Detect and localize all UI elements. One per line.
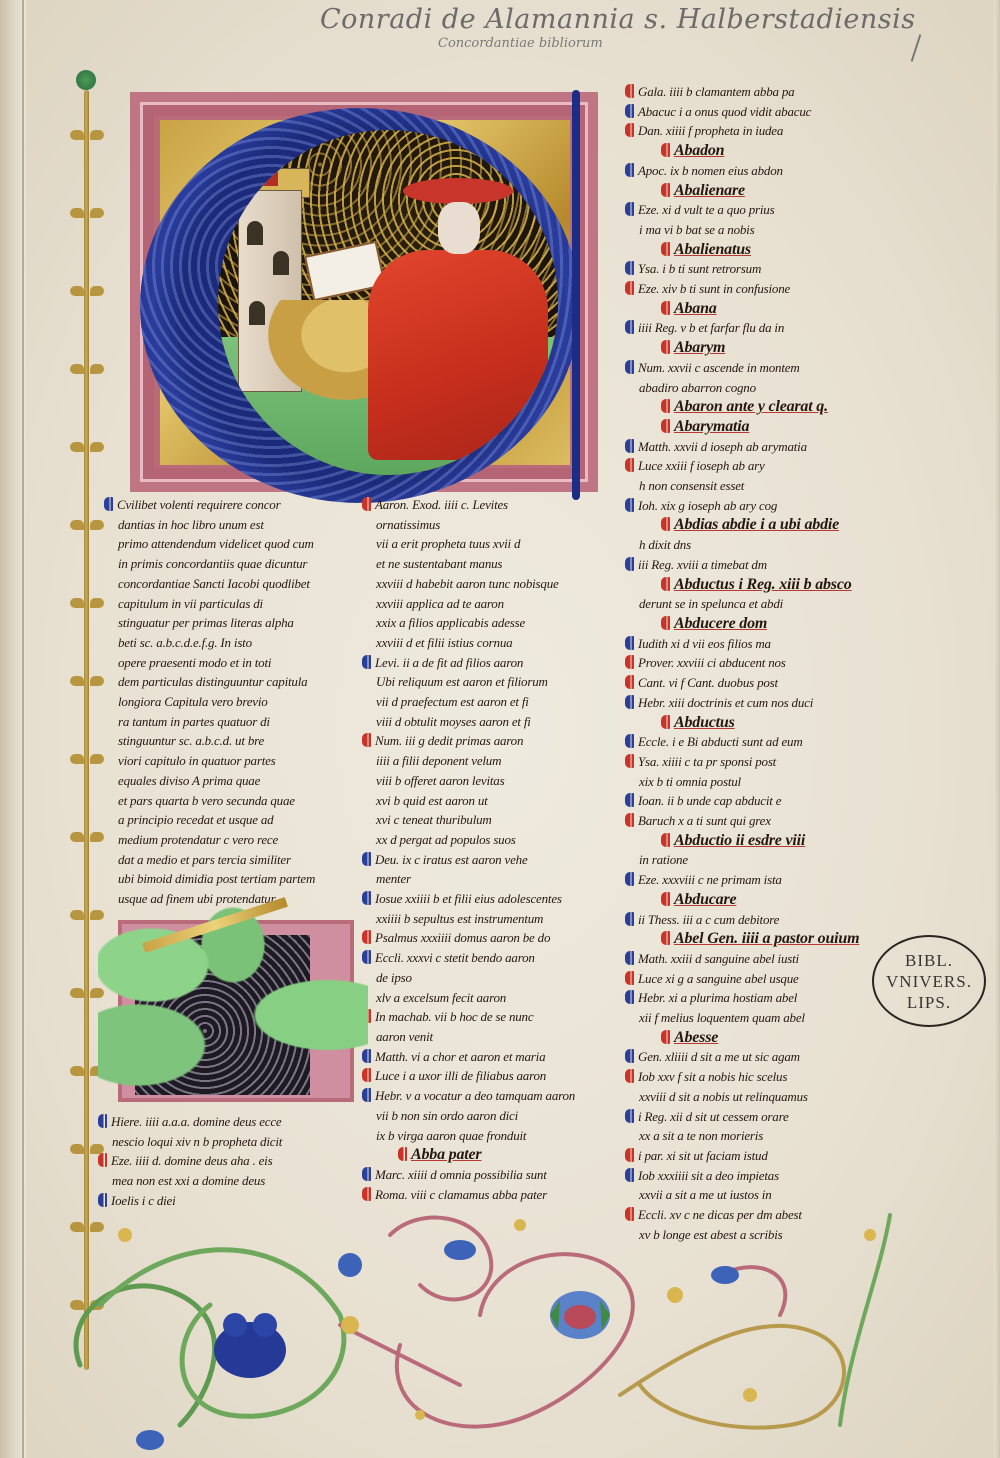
line-text: vii b non sin ordo aaron dici bbox=[376, 1108, 518, 1123]
line-text: Cant. vi f Cant. duobus post bbox=[638, 675, 778, 690]
initial2-filigree-ground bbox=[135, 935, 310, 1095]
line-text: xxviii applica ad te aaron bbox=[376, 596, 504, 611]
text-line: Iob xxv f sit a nobis hic scelus bbox=[625, 1067, 895, 1087]
line-text: xix b ti omnia postul bbox=[639, 774, 741, 789]
line-text: Abalienare bbox=[674, 182, 745, 199]
paragraph-mark-icon bbox=[661, 715, 670, 729]
line-text: Hebr. v a vocatur a deo tamquam aaron bbox=[375, 1088, 575, 1103]
text-line: menter bbox=[362, 869, 612, 889]
text-line: derunt se in spelunca et abdi bbox=[625, 594, 895, 614]
text-column-left: Cvilibet volenti requirere concordantias… bbox=[104, 495, 354, 909]
line-text: de ipso bbox=[376, 970, 412, 985]
line-text: Marc. xiiii d omnia possibilia sunt bbox=[375, 1167, 547, 1182]
stamp-line-3: LIPS. bbox=[907, 992, 951, 1013]
saint-red-robe bbox=[368, 250, 548, 460]
text-line: ii Thess. iii a c cum debitore bbox=[625, 910, 895, 930]
paragraph-mark-icon bbox=[362, 497, 371, 511]
line-text: et pars quarta b vero secunda quae bbox=[118, 793, 295, 808]
entry-heading: Abarymatia bbox=[625, 417, 895, 437]
line-text: a principio recedat et usque ad bbox=[118, 812, 273, 827]
paragraph-mark-icon bbox=[661, 399, 670, 413]
line-text: equales diviso A prima quae bbox=[118, 773, 260, 788]
line-text: vii d praefectum est aaron et fi bbox=[376, 694, 529, 709]
text-line: Luce i a uxor illi de filiabus aaron bbox=[362, 1066, 612, 1086]
text-line: Aaron. Exod. iiii c. Levites bbox=[362, 495, 612, 515]
entry-heading: Abductus bbox=[625, 713, 895, 733]
text-line: xx d pergat ad populos suos bbox=[362, 830, 612, 850]
text-line: Hiere. iiii a.a.a. domine deus ecce bbox=[98, 1112, 358, 1132]
line-text: Abba pater bbox=[411, 1146, 481, 1163]
line-text: primo attendendum videlicet quod cum bbox=[118, 536, 314, 551]
vine-leaf-icon bbox=[90, 208, 104, 218]
line-text: xlv a excelsum fecit aaron bbox=[376, 990, 506, 1005]
text-line: Apoc. ix b nomen eius abdon bbox=[625, 161, 895, 181]
entry-heading: Abducare bbox=[625, 890, 895, 910]
text-line: in ratione bbox=[625, 850, 895, 870]
paragraph-mark-icon bbox=[625, 1049, 634, 1063]
text-line: i Reg. xii d sit ut cessem orare bbox=[625, 1107, 895, 1127]
line-text: Aaron. Exod. iiii c. Levites bbox=[375, 497, 508, 512]
line-text: menter bbox=[376, 871, 411, 886]
line-text: Matth. xxvii d ioseph ab arymatia bbox=[638, 439, 807, 454]
paragraph-mark-icon bbox=[625, 695, 634, 709]
entry-heading: Abarym bbox=[625, 338, 895, 358]
vine-leaf-icon bbox=[90, 520, 104, 530]
line-text: dat a medio et pars tercia similiter bbox=[118, 852, 291, 867]
vine-leaf-icon bbox=[70, 676, 84, 686]
text-line: dat a medio et pars tercia similiter bbox=[104, 850, 354, 870]
paragraph-mark-icon bbox=[625, 655, 634, 669]
text-line: Gen. xliiii d sit a me ut sic agam bbox=[625, 1047, 895, 1067]
line-text: xx d pergat ad populos suos bbox=[376, 832, 516, 847]
text-line: nescio loqui xiv n b propheta dicit bbox=[98, 1132, 358, 1152]
line-text: nescio loqui xiv n b propheta dicit bbox=[112, 1134, 282, 1149]
text-line: viori capitulo in quatuor partes bbox=[104, 751, 354, 771]
line-text: dantias in hoc libro unum est bbox=[118, 517, 264, 532]
vine-leaf-icon bbox=[90, 988, 104, 998]
text-line: xxviii d habebit aaron tunc nobisque bbox=[362, 574, 612, 594]
line-text: Ubi reliquum est aaron et filiorum bbox=[376, 674, 548, 689]
paragraph-mark-icon bbox=[661, 616, 670, 630]
line-text: in primis concordantiis quae dicuntur bbox=[118, 556, 307, 571]
paragraph-mark-icon bbox=[98, 1153, 107, 1167]
text-line: xix b ti omnia postul bbox=[625, 772, 895, 792]
line-text: xvi b quid est aaron ut bbox=[376, 793, 488, 808]
paragraph-mark-icon bbox=[625, 458, 634, 472]
saint-face bbox=[438, 202, 480, 254]
vine-leaf-icon bbox=[70, 442, 84, 452]
paragraph-mark-icon bbox=[104, 497, 113, 511]
line-text: in ratione bbox=[639, 852, 688, 867]
text-line: vii a erit propheta tuus xvii d bbox=[362, 534, 612, 554]
line-text: concordantiae Sancti Iacobi quodlibet bbox=[118, 576, 310, 591]
line-text: mea non est xxi a domine deus bbox=[112, 1173, 265, 1188]
line-text: h dixit dns bbox=[639, 537, 691, 552]
paragraph-mark-icon bbox=[661, 931, 670, 945]
text-line: Matth. xxvii d ioseph ab arymatia bbox=[625, 437, 895, 457]
text-line: longiora Capitula vero brevio bbox=[104, 692, 354, 712]
line-text: xxviii d sit a nobis ut relinquamus bbox=[639, 1089, 808, 1104]
text-line: ubi bimoid dimidia post tertiam partem bbox=[104, 869, 354, 889]
line-text: Eccli. xxxvi c stetit bendo aaron bbox=[375, 950, 535, 965]
paragraph-mark-icon bbox=[362, 891, 371, 905]
text-line: vii b non sin ordo aaron dici bbox=[362, 1106, 612, 1126]
line-text: Psalmus xxxiiii domus aaron be do bbox=[375, 930, 550, 945]
text-line: xxviii d sit a nobis ut relinquamus bbox=[625, 1087, 895, 1107]
line-text: ornatissimus bbox=[376, 517, 440, 532]
text-line: in primis concordantiis quae dicuntur bbox=[104, 554, 354, 574]
text-column-middle: Aaron. Exod. iiii c. Levitesornatissimus… bbox=[362, 495, 612, 1204]
vine-leaf-icon bbox=[70, 130, 84, 140]
text-line: ornatissimus bbox=[362, 515, 612, 535]
paragraph-mark-icon bbox=[625, 990, 634, 1004]
vine-leaf-icon bbox=[70, 520, 84, 530]
line-text: Math. xxiii d sanguine abel iusti bbox=[638, 951, 799, 966]
text-line: Luce xxiii f ioseph ab ary bbox=[625, 456, 895, 476]
line-text: ix b virga aaron quae fronduit bbox=[376, 1128, 526, 1143]
cardinal-hat bbox=[403, 178, 513, 204]
line-text: Ysa. i b ti sunt retrorsum bbox=[638, 261, 761, 276]
text-line: mea non est xxi a domine deus bbox=[98, 1171, 358, 1191]
line-text: Num. xxvii c ascende in montem bbox=[638, 360, 800, 375]
rose-flower-icon bbox=[550, 1291, 610, 1339]
line-text: Abesse bbox=[674, 1029, 718, 1046]
paragraph-mark-icon bbox=[98, 1114, 107, 1128]
paragraph-mark-icon bbox=[625, 675, 634, 689]
paragraph-mark-icon bbox=[362, 1009, 371, 1023]
line-text: opere praesenti modo et in toti bbox=[118, 655, 271, 670]
line-text: Num. iii g dedit primas aaron bbox=[375, 733, 523, 748]
text-line: Eze. xiv b ti sunt in confusione bbox=[625, 279, 895, 299]
text-line: Matth. vi a chor et aaron et maria bbox=[362, 1047, 612, 1067]
pencil-annotation-title: Conradi de Alamannia s. Halberstadiensis bbox=[320, 4, 916, 35]
entry-heading: Abductio ii esdre viii bbox=[625, 831, 895, 851]
paragraph-mark-icon bbox=[625, 202, 634, 216]
text-line: Hebr. xi a plurima hostiam abel bbox=[625, 988, 895, 1008]
line-text: dem particulas distinguuntur capitula bbox=[118, 674, 307, 689]
line-text: Cvilibet volenti requirere concor bbox=[117, 497, 280, 512]
text-line: i par. xi sit ut faciam istud bbox=[625, 1146, 895, 1166]
vine-leaf-icon bbox=[90, 598, 104, 608]
paragraph-mark-icon bbox=[661, 183, 670, 197]
text-line: Iudith xi d vii eos filios ma bbox=[625, 634, 895, 654]
line-text: usque ad finem ubi protendatur bbox=[118, 891, 275, 906]
text-line: stinguuntur sc. a.b.c.d. ut bre bbox=[104, 731, 354, 751]
paragraph-mark-icon bbox=[362, 1049, 371, 1063]
paragraph-mark-icon bbox=[625, 912, 634, 926]
text-line: Luce xi g a sanguine abel usque bbox=[625, 969, 895, 989]
text-line: xxviii applica ad te aaron bbox=[362, 594, 612, 614]
vine-leaf-icon bbox=[70, 598, 84, 608]
paragraph-mark-icon bbox=[625, 793, 634, 807]
text-line: Ioan. ii b unde cap abducit e bbox=[625, 791, 895, 811]
text-line: dem particulas distinguuntur capitula bbox=[104, 672, 354, 692]
line-text: i ma vi b bat se a nobis bbox=[639, 222, 754, 237]
line-text: Gen. xliiii d sit a me ut sic agam bbox=[638, 1049, 800, 1064]
line-text: ra tantum in partes quatuor di bbox=[118, 714, 270, 729]
line-text: iii Reg. xviii a timebat dm bbox=[638, 557, 767, 572]
text-line: viii d obtulit moyses aaron et fi bbox=[362, 712, 612, 732]
text-line: usque ad finem ubi protendatur bbox=[104, 889, 354, 909]
line-text: iiii a filii deponent velum bbox=[376, 753, 501, 768]
line-text: vii a erit propheta tuus xvii d bbox=[376, 536, 520, 551]
paragraph-mark-icon bbox=[625, 320, 634, 334]
vine-leaf-icon bbox=[90, 442, 104, 452]
line-text: beti sc. a.b.c.d.e.f.g. In isto bbox=[118, 635, 252, 650]
entry-heading: Abana bbox=[625, 299, 895, 319]
line-text: Apoc. ix b nomen eius abdon bbox=[638, 163, 783, 178]
line-text: Abarymatia bbox=[674, 418, 749, 435]
paragraph-mark-icon bbox=[661, 833, 670, 847]
line-text: Abdias abdie i a ubi abdie bbox=[674, 516, 839, 533]
text-line: concordantiae Sancti Iacobi quodlibet bbox=[104, 574, 354, 594]
line-text: Eze. xi d vult te a quo prius bbox=[638, 202, 774, 217]
paragraph-mark-icon bbox=[625, 951, 634, 965]
line-text: ii Thess. iii a c cum debitore bbox=[638, 912, 779, 927]
line-text: Iob xxxiiii sit a deo impietas bbox=[638, 1168, 779, 1183]
text-line: Iosue xxiiii b et filii eius adolescente… bbox=[362, 889, 612, 909]
vine-leaf-icon bbox=[90, 832, 104, 842]
text-line: Cant. vi f Cant. duobus post bbox=[625, 673, 895, 693]
text-line: Marc. xiiii d omnia possibilia sunt bbox=[362, 1165, 612, 1185]
text-line: Eze. xxxviii c ne primam ista bbox=[625, 870, 895, 890]
paragraph-mark-icon bbox=[625, 1109, 634, 1123]
bottom-acanthus-border bbox=[60, 1195, 990, 1458]
vine-leaf-icon bbox=[90, 910, 104, 920]
entry-heading: Abba pater bbox=[362, 1145, 612, 1165]
text-line: Iob xxxiiii sit a deo impietas bbox=[625, 1166, 895, 1186]
text-line: Levi. ii a de fit ad filios aaron bbox=[362, 653, 612, 673]
paragraph-mark-icon bbox=[625, 872, 634, 886]
line-text: Luce xxiii f ioseph ab ary bbox=[638, 458, 765, 473]
paragraph-mark-icon bbox=[661, 301, 670, 315]
paragraph-mark-icon bbox=[625, 104, 634, 118]
paragraph-mark-icon bbox=[625, 123, 634, 137]
line-text: Matth. vi a chor et aaron et maria bbox=[375, 1049, 545, 1064]
paragraph-mark-icon bbox=[362, 852, 371, 866]
text-line: iii Reg. xviii a timebat dm bbox=[625, 555, 895, 575]
paragraph-mark-icon bbox=[661, 340, 670, 354]
vine-leaf-icon bbox=[70, 364, 84, 374]
line-text: aaron venit bbox=[376, 1029, 433, 1044]
text-line: Eze. xi d vult te a quo prius bbox=[625, 200, 895, 220]
text-line: Ysa. i b ti sunt retrorsum bbox=[625, 259, 895, 279]
text-line: opere praesenti modo et in toti bbox=[104, 653, 354, 673]
line-text: Hebr. xiii doctrinis et cum nos duci bbox=[638, 695, 813, 710]
text-line: equales diviso A prima quae bbox=[104, 771, 354, 791]
page-edge bbox=[994, 0, 1000, 1458]
paragraph-mark-icon bbox=[625, 1148, 634, 1162]
line-text: Ioh. xix g ioseph ab ary cog bbox=[638, 498, 777, 513]
line-text: h non consensit esset bbox=[639, 478, 744, 493]
text-line: Num. iii g dedit primas aaron bbox=[362, 731, 612, 751]
entry-heading: Abesse bbox=[625, 1028, 895, 1048]
paragraph-mark-icon bbox=[398, 1147, 407, 1161]
text-line: medium protendatur c vero rece bbox=[104, 830, 354, 850]
text-line: et pars quarta b vero secunda quae bbox=[104, 791, 354, 811]
line-text: i Reg. xii d sit ut cessem orare bbox=[638, 1109, 789, 1124]
line-text: abadiro abarron cogno bbox=[639, 380, 756, 395]
text-line: xxviii d et filii istius cornua bbox=[362, 633, 612, 653]
text-line: abadiro abarron cogno bbox=[625, 378, 895, 398]
paragraph-mark-icon bbox=[661, 1030, 670, 1044]
vine-leaf-icon bbox=[90, 754, 104, 764]
paragraph-mark-icon bbox=[625, 163, 634, 177]
text-line: Eccli. xxxvi c stetit bendo aaron bbox=[362, 948, 612, 968]
paragraph-mark-icon bbox=[625, 281, 634, 295]
line-text: xxviii d et filii istius cornua bbox=[376, 635, 512, 650]
stamp-line-2: VNIVERS. bbox=[886, 971, 972, 992]
entry-heading: Abductus i Reg. xiii b absco bbox=[625, 575, 895, 595]
paragraph-mark-icon bbox=[362, 655, 371, 669]
text-line: dantias in hoc libro unum est bbox=[104, 515, 354, 535]
line-text: derunt se in spelunca et abdi bbox=[639, 596, 783, 611]
text-line: xlv a excelsum fecit aaron bbox=[362, 988, 612, 1008]
text-line: Abacuc i a onus quod vidit abacuc bbox=[625, 102, 895, 122]
text-line: Psalmus xxxiiii domus aaron be do bbox=[362, 928, 612, 948]
text-line: Ioh. xix g ioseph ab ary cog bbox=[625, 496, 895, 516]
text-line: Hebr. xiii doctrinis et cum nos duci bbox=[625, 693, 895, 713]
text-line: ix b virga aaron quae fronduit bbox=[362, 1126, 612, 1146]
line-text: Abarym bbox=[674, 339, 725, 356]
line-text: viori capitulo in quatuor partes bbox=[118, 753, 276, 768]
text-line: Deu. ix c iratus est aaron vehe bbox=[362, 850, 612, 870]
pencil-mark bbox=[911, 34, 922, 61]
text-line: Gala. iiii b clamantem abba pa bbox=[625, 82, 895, 102]
line-text: Eze. iiii d. domine deus aha . eis bbox=[111, 1153, 272, 1168]
vine-leaf-icon bbox=[90, 364, 104, 374]
paragraph-mark-icon bbox=[625, 636, 634, 650]
red-book-icon bbox=[252, 172, 278, 186]
line-text: Deu. ix c iratus est aaron vehe bbox=[375, 852, 528, 867]
text-line: capitulum in vii particulas di bbox=[104, 594, 354, 614]
window-arch bbox=[247, 221, 263, 245]
window-arch bbox=[273, 251, 289, 275]
line-text: xxix a filios applicabis adesse bbox=[376, 615, 525, 630]
vine-flower-icon bbox=[76, 70, 96, 90]
text-line: xvi b quid est aaron ut bbox=[362, 791, 612, 811]
paragraph-mark-icon bbox=[661, 577, 670, 591]
text-line: Num. xxvii c ascende in montem bbox=[625, 358, 895, 378]
line-text: Abel Gen. iiii a pastor ouium bbox=[674, 930, 859, 947]
line-text: viii b offeret aaron levitas bbox=[376, 773, 504, 788]
paragraph-mark-icon bbox=[625, 557, 634, 571]
line-text: et ne sustentabant manus bbox=[376, 556, 502, 571]
text-line: Ubi reliquum est aaron et filiorum bbox=[362, 672, 612, 692]
vine-leaf-icon bbox=[70, 832, 84, 842]
text-line: i ma vi b bat se a nobis bbox=[625, 220, 895, 240]
text-line: xvi c teneat thuribulum bbox=[362, 810, 612, 830]
text-line: Ysa. xiiii c ta pr sponsi post bbox=[625, 752, 895, 772]
text-line: In machab. vii b hoc de se nunc bbox=[362, 1007, 612, 1027]
paragraph-mark-icon bbox=[625, 261, 634, 275]
line-text: stinguuntur sc. a.b.c.d. ut bre bbox=[118, 733, 264, 748]
initial-letter-stem bbox=[572, 90, 580, 500]
text-line: iiii Reg. v b et farfar flu da in bbox=[625, 318, 895, 338]
text-line: Prover. xxviii ci abducent nos bbox=[625, 653, 895, 673]
paragraph-mark-icon bbox=[661, 242, 670, 256]
entry-heading: Abalienare bbox=[625, 181, 895, 201]
window-arch bbox=[249, 301, 265, 325]
text-line: ra tantum in partes quatuor di bbox=[104, 712, 354, 732]
paragraph-mark-icon bbox=[362, 950, 371, 964]
line-text: Ioan. ii b unde cap abducit e bbox=[638, 793, 781, 808]
stamp-line-1: BIBL. bbox=[905, 950, 953, 971]
text-line: Eccle. i e Bi abducti sunt ad eum bbox=[625, 732, 895, 752]
paragraph-mark-icon bbox=[625, 498, 634, 512]
text-line: stinguatur per primas literas alpha bbox=[104, 613, 354, 633]
text-line: xii f melius loquentem quam abel bbox=[625, 1008, 895, 1028]
line-text: stinguatur per primas literas alpha bbox=[118, 615, 294, 630]
text-line: de ipso bbox=[362, 968, 612, 988]
pencil-annotation-subtitle: Concordantiae bibliorum bbox=[438, 36, 603, 51]
line-text: Eze. xxxviii c ne primam ista bbox=[638, 872, 782, 887]
line-text: Abducere dom bbox=[674, 615, 767, 632]
text-column-right: Gala. iiii b clamantem abba paAbacuc i a… bbox=[625, 82, 895, 1244]
left-vine-border bbox=[84, 90, 89, 1370]
line-text: Luce xi g a sanguine abel usque bbox=[638, 971, 799, 986]
paragraph-mark-icon bbox=[661, 517, 670, 531]
paragraph-mark-icon bbox=[362, 1167, 371, 1181]
entry-heading: Abel Gen. iiii a pastor ouium bbox=[625, 929, 895, 949]
paragraph-mark-icon bbox=[661, 419, 670, 433]
line-text: Abductus bbox=[674, 714, 735, 731]
vine-leaf-icon bbox=[90, 676, 104, 686]
line-text: Abacuc i a onus quod vidit abacuc bbox=[638, 104, 811, 119]
paragraph-mark-icon bbox=[625, 439, 634, 453]
entry-heading: Abaron ante y clearat q. bbox=[625, 397, 895, 417]
line-text: longiora Capitula vero brevio bbox=[118, 694, 268, 709]
text-line: Baruch x a ti sunt qui grex bbox=[625, 811, 895, 831]
vine-leaf-icon bbox=[70, 910, 84, 920]
line-text: xvi c teneat thuribulum bbox=[376, 812, 492, 827]
line-text: capitulum in vii particulas di bbox=[118, 596, 263, 611]
line-text: Abadon bbox=[674, 142, 724, 159]
paragraph-mark-icon bbox=[362, 1068, 371, 1082]
line-text: Abalienatus bbox=[674, 241, 751, 258]
line-text: xii f melius loquentem quam abel bbox=[639, 1010, 805, 1025]
line-text: Abductio ii esdre viii bbox=[674, 832, 805, 849]
line-text: Abaron ante y clearat q. bbox=[674, 398, 828, 415]
blue-flower-icon bbox=[214, 1313, 286, 1378]
line-text: Dan. xiiii f propheta in iudea bbox=[638, 123, 783, 138]
line-text: In machab. vii b hoc de se nunc bbox=[375, 1009, 533, 1024]
text-line: aaron venit bbox=[362, 1027, 612, 1047]
vine-leaf-icon bbox=[90, 286, 104, 296]
line-text: xx a sit a te non morieris bbox=[639, 1128, 763, 1143]
text-line: Eze. iiii d. domine deus aha . eis bbox=[98, 1151, 358, 1171]
line-text: Ysa. xiiii c ta pr sponsi post bbox=[638, 754, 776, 769]
text-line: primo attendendum videlicet quod cum bbox=[104, 534, 354, 554]
paragraph-mark-icon bbox=[362, 733, 371, 747]
text-line: beti sc. a.b.c.d.e.f.g. In isto bbox=[104, 633, 354, 653]
paragraph-mark-icon bbox=[625, 754, 634, 768]
line-text: Abana bbox=[674, 300, 717, 317]
text-line: a principio recedat et usque ad bbox=[104, 810, 354, 830]
line-text: iiii Reg. v b et farfar flu da in bbox=[638, 320, 784, 335]
paragraph-mark-icon bbox=[625, 971, 634, 985]
vine-leaf-icon bbox=[70, 754, 84, 764]
line-text: Iosue xxiiii b et filii eius adolescente… bbox=[375, 891, 562, 906]
paragraph-mark-icon bbox=[625, 1069, 634, 1083]
text-line: vii d praefectum est aaron et fi bbox=[362, 692, 612, 712]
line-text: Hebr. xi a plurima hostiam abel bbox=[638, 990, 797, 1005]
line-text: Baruch x a ti sunt qui grex bbox=[638, 813, 771, 828]
library-stamp: BIBL. VNIVERS. LIPS. bbox=[872, 935, 986, 1027]
paragraph-mark-icon bbox=[661, 143, 670, 157]
line-text: Abducare bbox=[674, 891, 736, 908]
line-text: xxiiii b sepultus est instrumentum bbox=[376, 911, 543, 926]
